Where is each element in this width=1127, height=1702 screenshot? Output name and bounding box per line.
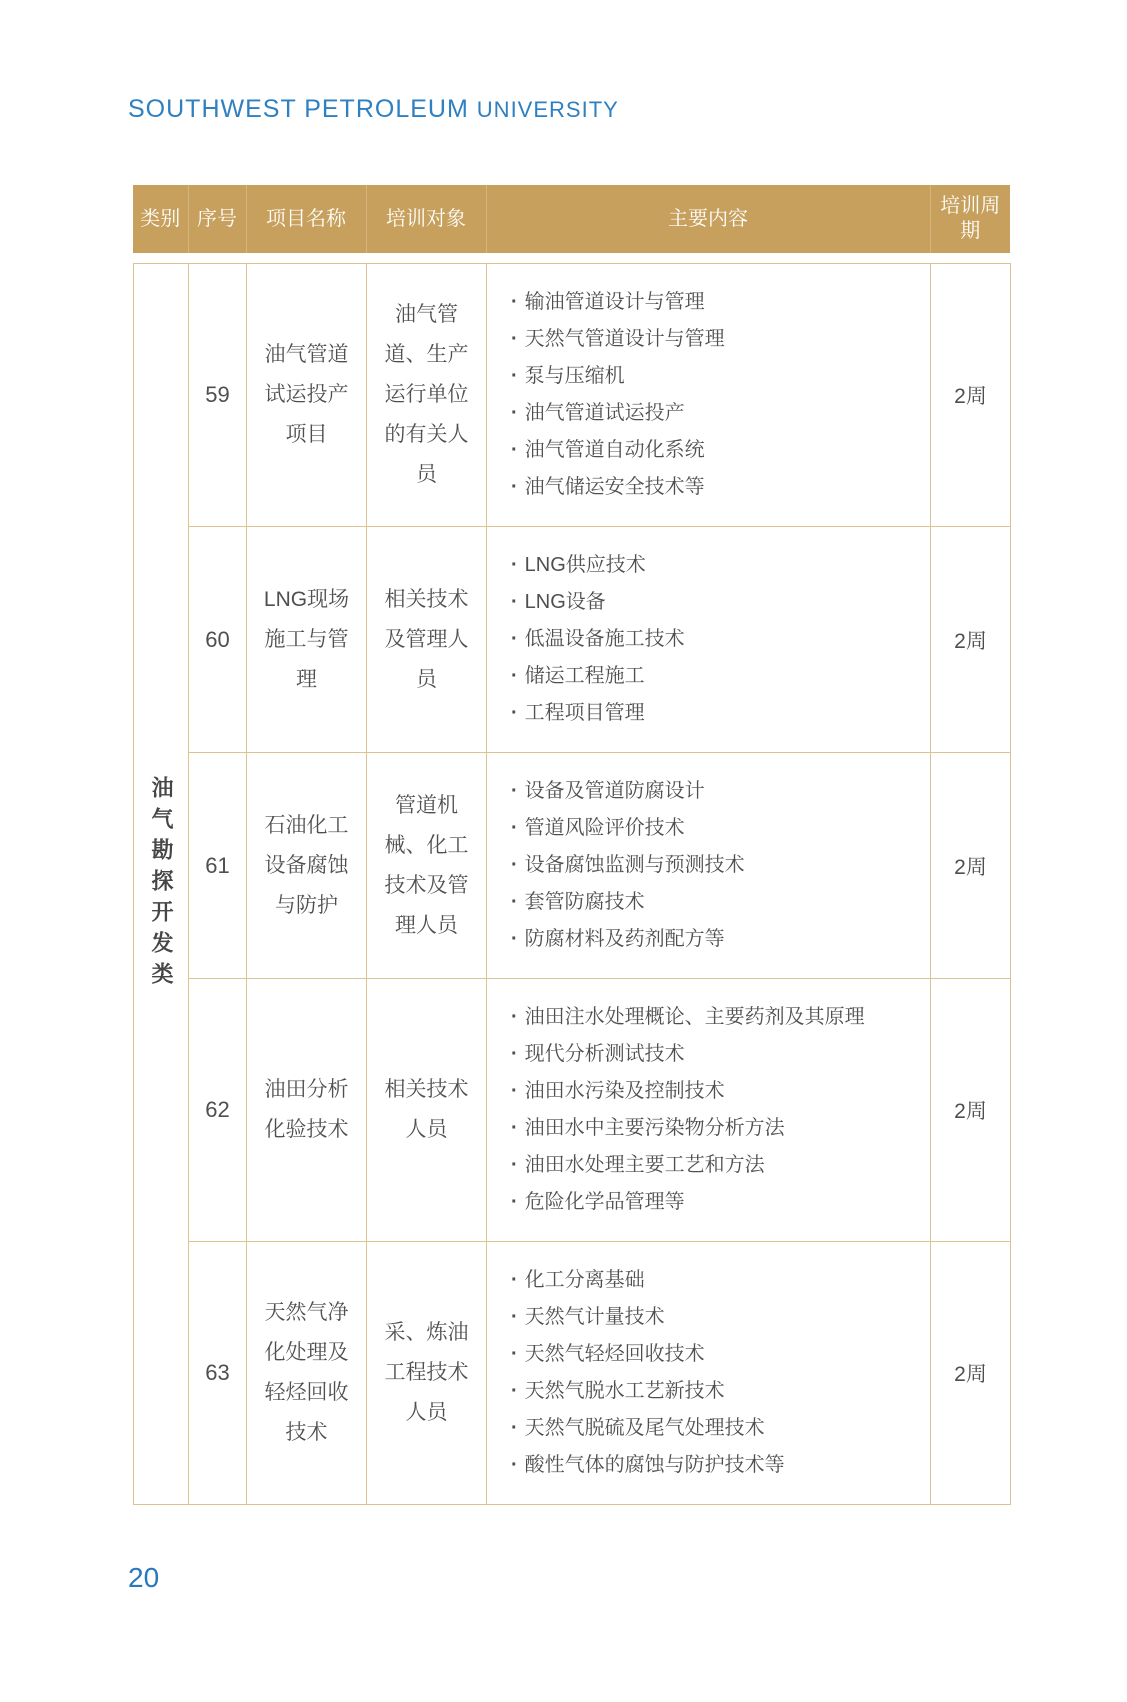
list-item: 现代分析测试技术 <box>511 1036 922 1073</box>
row-number-cell: 60 <box>189 527 247 753</box>
audience-cell: 采、炼油工程技术人员 <box>367 1242 487 1505</box>
column-header-no: 序号 <box>188 185 246 253</box>
list-item: 低温设备施工技术 <box>511 621 922 658</box>
audience-cell: 相关技术及管理人员 <box>367 527 487 753</box>
content-list: 油田注水处理概论、主要药剂及其原理 现代分析测试技术 油田水污染及控制技术 油田… <box>511 999 922 1221</box>
list-item: 酸性气体的腐蚀与防护技术等 <box>511 1447 922 1484</box>
audience-cell: 相关技术人员 <box>367 979 487 1242</box>
audience-cell: 管道机械、化工技术及管理人员 <box>367 753 487 979</box>
table-row: 62 油田分析化验技术 相关技术人员 油田注水处理概论、主要药剂及其原理 现代分… <box>134 979 1011 1242</box>
row-number-cell: 61 <box>189 753 247 979</box>
column-header-content: 主要内容 <box>486 185 930 253</box>
list-item: 化工分离基础 <box>511 1262 922 1299</box>
project-name-cell: LNG现场施工与管理 <box>247 527 367 753</box>
table-body: 油气勘探开发类 59 油气管道试运投产项目 油气管道、生产运行单位的有关人员 输… <box>133 263 1011 1505</box>
list-item: 油气管道试运投产 <box>511 395 922 432</box>
content-list: 输油管道设计与管理 天然气管道设计与管理 泵与压缩机 油气管道试运投产 油气管道… <box>511 284 922 506</box>
list-item: 管道风险评价技术 <box>511 810 922 847</box>
content-cell: 油田注水处理概论、主要药剂及其原理 现代分析测试技术 油田水污染及控制技术 油田… <box>487 979 931 1242</box>
list-item: 油田水处理主要工艺和方法 <box>511 1147 922 1184</box>
list-item: 天然气脱水工艺新技术 <box>511 1373 922 1410</box>
page-number: 20 <box>128 1562 159 1594</box>
category-cell: 油气勘探开发类 <box>134 264 189 1505</box>
list-item: 防腐材料及药剂配方等 <box>511 921 922 958</box>
project-name-cell: 天然气净化处理及轻烃回收技术 <box>247 1242 367 1505</box>
audience-cell: 油气管道、生产运行单位的有关人员 <box>367 264 487 527</box>
list-item: 油田注水处理概论、主要药剂及其原理 <box>511 999 922 1036</box>
list-item: 泵与压缩机 <box>511 358 922 395</box>
training-table: 类别 序号 项目名称 培训对象 主要内容 培训周期 油气勘探开发类 59 油气管… <box>133 185 1010 1505</box>
row-number-cell: 63 <box>189 1242 247 1505</box>
content-cell: 设备及管道防腐设计 管道风险评价技术 设备腐蚀监测与预测技术 套管防腐技术 防腐… <box>487 753 931 979</box>
list-item: 设备腐蚀监测与预测技术 <box>511 847 922 884</box>
project-name-cell: 油田分析化验技术 <box>247 979 367 1242</box>
list-item: 天然气计量技术 <box>511 1299 922 1336</box>
table-row: 60 LNG现场施工与管理 相关技术及管理人员 LNG供应技术 LNG设备 低温… <box>134 527 1011 753</box>
duration-cell: 2周 <box>931 527 1011 753</box>
content-cell: LNG供应技术 LNG设备 低温设备施工技术 储运工程施工 工程项目管理 <box>487 527 931 753</box>
list-item: 油气管道自动化系统 <box>511 432 922 469</box>
column-header-duration: 培训周期 <box>930 185 1010 253</box>
column-header-audience: 培训对象 <box>366 185 486 253</box>
list-item: 油田水中主要污染物分析方法 <box>511 1110 922 1147</box>
list-item: 输油管道设计与管理 <box>511 284 922 321</box>
column-header-category: 类别 <box>133 185 188 253</box>
list-item: 危险化学品管理等 <box>511 1184 922 1221</box>
brand-name: SOUTHWEST PETROLEUM <box>128 95 469 123</box>
list-item: 天然气脱硫及尾气处理技术 <box>511 1410 922 1447</box>
header-body-gap <box>133 253 1010 263</box>
duration-cell: 2周 <box>931 1242 1011 1505</box>
project-name-cell: 油气管道试运投产项目 <box>247 264 367 527</box>
content-list: LNG供应技术 LNG设备 低温设备施工技术 储运工程施工 工程项目管理 <box>511 547 922 732</box>
list-item: 天然气轻烃回收技术 <box>511 1336 922 1373</box>
list-item: LNG供应技术 <box>511 547 922 584</box>
list-item: 天然气管道设计与管理 <box>511 321 922 358</box>
duration-cell: 2周 <box>931 753 1011 979</box>
list-item: 储运工程施工 <box>511 658 922 695</box>
table-header-row: 类别 序号 项目名称 培训对象 主要内容 培训周期 <box>133 185 1010 253</box>
category-label: 油气勘探开发类 <box>150 776 172 993</box>
content-cell: 化工分离基础 天然气计量技术 天然气轻烃回收技术 天然气脱水工艺新技术 天然气脱… <box>487 1242 931 1505</box>
page-title: SOUTHWEST PETROLEUMUNIVERSITY <box>128 95 619 124</box>
table-row: 63 天然气净化处理及轻烃回收技术 采、炼油工程技术人员 化工分离基础 天然气计… <box>134 1242 1011 1505</box>
project-name-cell: 石油化工设备腐蚀与防护 <box>247 753 367 979</box>
list-item: 油气储运安全技术等 <box>511 469 922 506</box>
brand-suffix: UNIVERSITY <box>477 97 619 122</box>
column-header-name: 项目名称 <box>246 185 366 253</box>
content-cell: 输油管道设计与管理 天然气管道设计与管理 泵与压缩机 油气管道试运投产 油气管道… <box>487 264 931 527</box>
table-row: 61 石油化工设备腐蚀与防护 管道机械、化工技术及管理人员 设备及管道防腐设计 … <box>134 753 1011 979</box>
content-list: 设备及管道防腐设计 管道风险评价技术 设备腐蚀监测与预测技术 套管防腐技术 防腐… <box>511 773 922 958</box>
duration-cell: 2周 <box>931 264 1011 527</box>
table-row: 油气勘探开发类 59 油气管道试运投产项目 油气管道、生产运行单位的有关人员 输… <box>134 264 1011 527</box>
list-item: LNG设备 <box>511 584 922 621</box>
list-item: 油田水污染及控制技术 <box>511 1073 922 1110</box>
list-item: 套管防腐技术 <box>511 884 922 921</box>
content-list: 化工分离基础 天然气计量技术 天然气轻烃回收技术 天然气脱水工艺新技术 天然气脱… <box>511 1262 922 1484</box>
duration-cell: 2周 <box>931 979 1011 1242</box>
list-item: 工程项目管理 <box>511 695 922 732</box>
row-number-cell: 62 <box>189 979 247 1242</box>
list-item: 设备及管道防腐设计 <box>511 773 922 810</box>
row-number-cell: 59 <box>189 264 247 527</box>
